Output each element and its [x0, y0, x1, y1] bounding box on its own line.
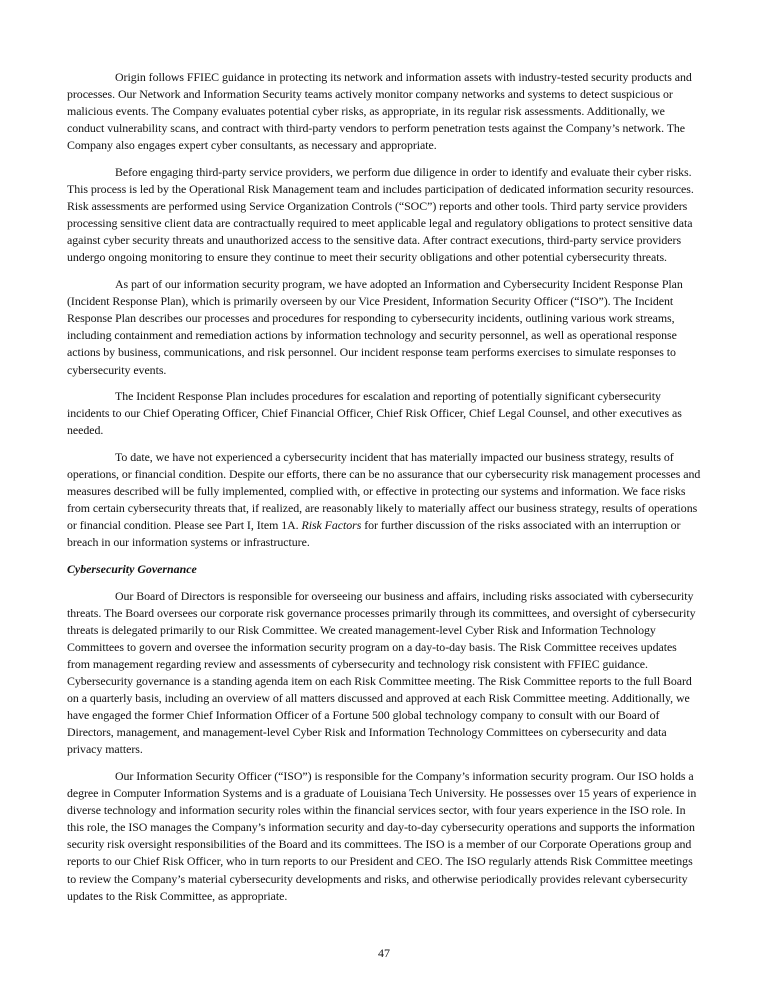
paragraph-third-party-due-diligence: Before engaging third-party service prov…: [67, 164, 701, 267]
paragraph-ffiec-guidance: Origin follows FFIEC guidance in protect…: [67, 69, 701, 154]
paragraph-no-material-incidents: To date, we have not experienced a cyber…: [67, 449, 701, 552]
page-number: 47: [0, 946, 768, 961]
paragraph-incident-response-plan: As part of our information security prog…: [67, 276, 701, 379]
paragraph-board-oversight: Our Board of Directors is responsible fo…: [67, 588, 701, 759]
paragraph-iso-responsibilities: Our Information Security Officer (“ISO”)…: [67, 768, 701, 905]
risk-factors-reference: Risk Factors: [301, 518, 361, 532]
paragraph-escalation-reporting: The Incident Response Plan includes proc…: [67, 388, 701, 439]
section-heading-cybersecurity-governance: Cybersecurity Governance: [67, 561, 701, 578]
document-page: Origin follows FFIEC guidance in protect…: [67, 69, 701, 914]
